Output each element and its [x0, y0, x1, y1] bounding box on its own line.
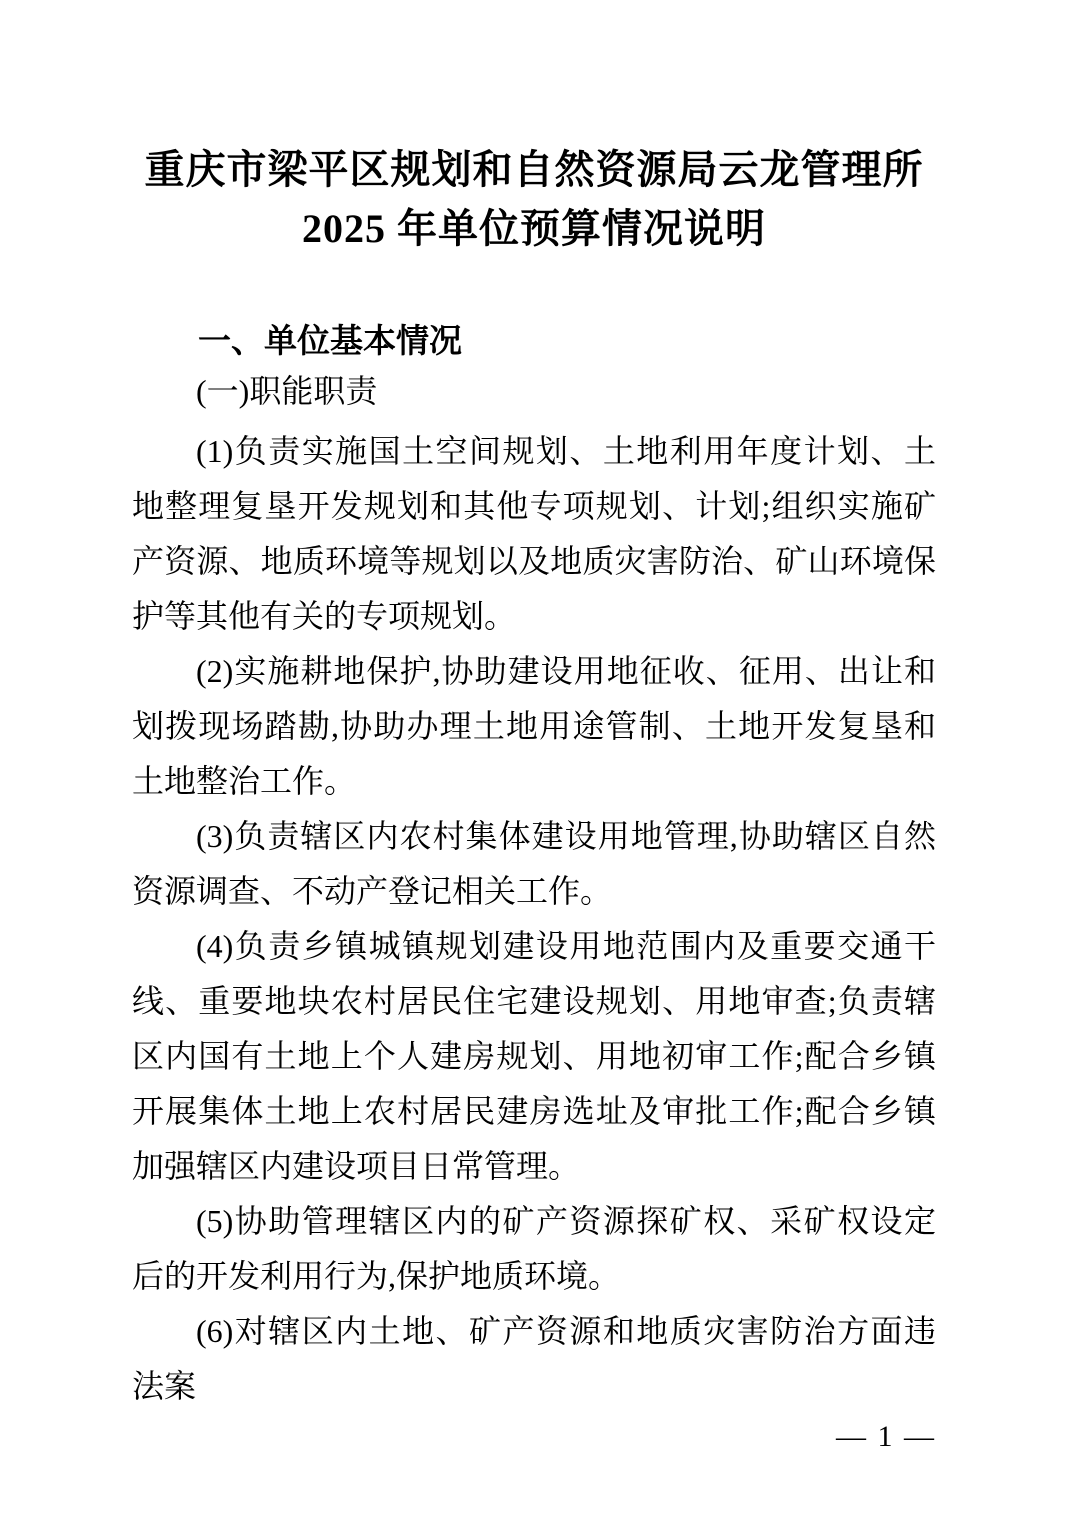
- document-title-line1: 重庆市梁平区规划和自然资源局云龙管理所: [145, 147, 924, 192]
- duty-paragraph-4: (4)负责乡镇城镇规划建设用地范围内及重要交通干线、重要地块农村居民住宅建设规划…: [132, 919, 936, 1194]
- document-title: 重庆市梁平区规划和自然资源局云龙管理所 2025 年单位预算情况说明: [132, 140, 936, 258]
- subsection-heading-duties: (一)职能职责: [132, 366, 936, 416]
- duty-paragraph-3: (3)负责辖区内农村集体建设用地管理,协助辖区自然资源调查、不动产登记相关工作。: [132, 809, 936, 919]
- page-number: — 1 —: [132, 1418, 936, 1456]
- duty-paragraph-6: (6)对辖区内土地、矿产资源和地质灾害防治方面违法案: [132, 1304, 936, 1414]
- section-heading-basic-info: 一、单位基本情况: [132, 316, 936, 366]
- document-title-line2: 2025 年单位预算情况说明: [302, 206, 766, 251]
- duty-paragraph-2: (2)实施耕地保护,协助建设用地征收、征用、出让和划拨现场踏勘,协助办理土地用途…: [132, 644, 936, 809]
- document-body: (1)负责实施国土空间规划、土地利用年度计划、土地整理复垦开发规划和其他专项规划…: [132, 424, 936, 1414]
- duty-paragraph-1: (1)负责实施国土空间规划、土地利用年度计划、土地整理复垦开发规划和其他专项规划…: [132, 424, 936, 644]
- duty-paragraph-5: (5)协助管理辖区内的矿产资源探矿权、采矿权设定后的开发利用行为,保护地质环境。: [132, 1194, 936, 1304]
- document-page: 重庆市梁平区规划和自然资源局云龙管理所 2025 年单位预算情况说明 一、单位基…: [0, 0, 1074, 1520]
